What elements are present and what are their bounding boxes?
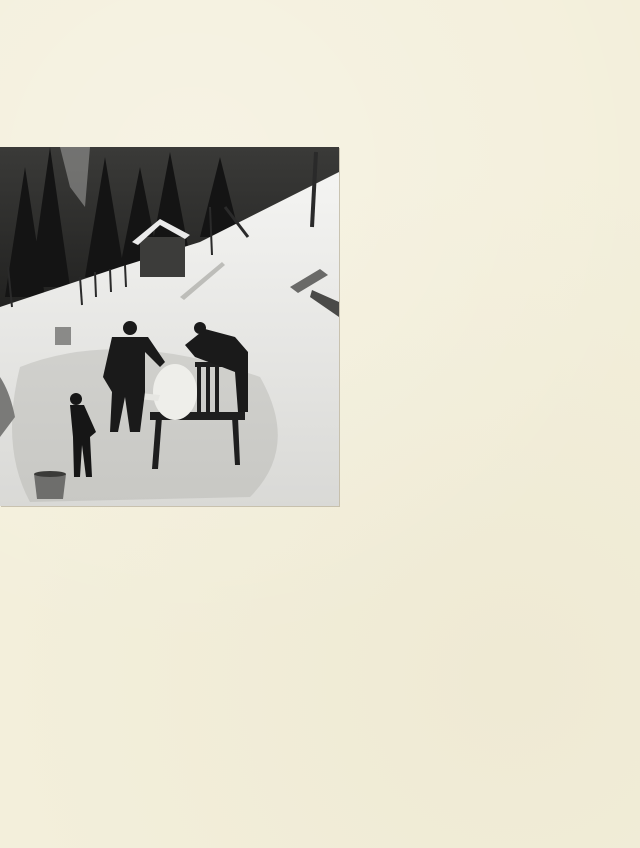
bucket-front bbox=[34, 474, 66, 499]
photo-scene bbox=[0, 147, 339, 506]
album-page bbox=[0, 0, 640, 848]
mounted-photograph bbox=[0, 147, 339, 506]
bucket-back bbox=[55, 327, 71, 345]
pig bbox=[153, 364, 197, 420]
